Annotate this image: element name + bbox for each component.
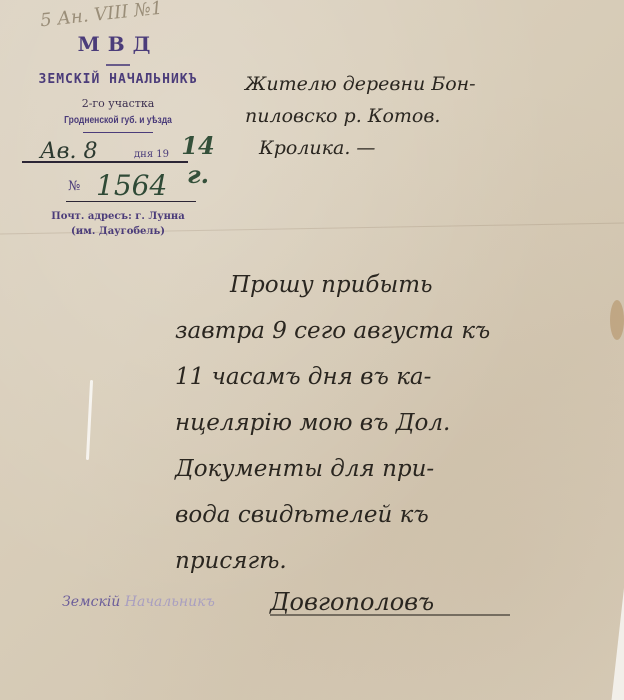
date-handwritten: Ав. 8 [40, 139, 97, 164]
stamp-estate: (им. Даугобель) [18, 226, 218, 237]
stamp-agency: МВД [18, 32, 218, 56]
body-line: 11 часамъ дня въ ка- [175, 354, 490, 400]
number-label: № [68, 179, 80, 194]
body-line: завтра 9 сего августа къ [175, 308, 490, 354]
stamp-date-row: Ав. 8 дня 19 14 г. [18, 137, 218, 165]
addressee-line: пиловско р. Котов. [245, 100, 476, 132]
date-suffix: дня 19 [134, 149, 169, 160]
stamp-district: 2-го участка [18, 97, 218, 110]
stamp-province: Гродненской губ. и уѣзда [33, 115, 203, 126]
sig-stamp-word-1: Земскій [62, 594, 120, 610]
number-handwritten: 1564 [96, 169, 167, 202]
sig-stamp-word-2: Начальникъ [125, 594, 215, 610]
addressee-line: Жителю деревни Бон- [245, 68, 476, 100]
body-line: Документы для при- [175, 446, 490, 492]
paper-stain [610, 300, 624, 340]
body-line: вода свидѣтелей къ [175, 492, 490, 538]
addressee-line: Кролика. — [245, 132, 476, 164]
body-line: Прошу прибыть [175, 262, 490, 308]
signature: Довгополовъ [270, 588, 434, 616]
stamp-number-row: № 1564 [18, 171, 218, 201]
stamp-divider [106, 64, 130, 66]
signature-title-stamp: Земскій Начальникъ [62, 594, 215, 610]
letter-body: Прошу прибыть завтра 9 сего августа къ 1… [175, 262, 490, 584]
signature-flourish [270, 614, 510, 616]
body-line: нцелярію мою въ Дол. [175, 400, 490, 446]
body-line: присягѣ. [175, 538, 490, 584]
stamp-postal-address: Почт. адресъ: г. Лунна [18, 211, 218, 222]
stamp-divider-2 [83, 132, 153, 133]
official-stamp: МВД ЗЕМСКІЙ НАЧАЛЬНИКЪ 2-го участка Грод… [18, 30, 218, 237]
addressee-block: Жителю деревни Бон- пиловско р. Котов. К… [245, 68, 476, 164]
stamp-title: ЗЕМСКІЙ НАЧАЛЬНИКЪ [18, 72, 218, 87]
number-underline [66, 201, 196, 202]
